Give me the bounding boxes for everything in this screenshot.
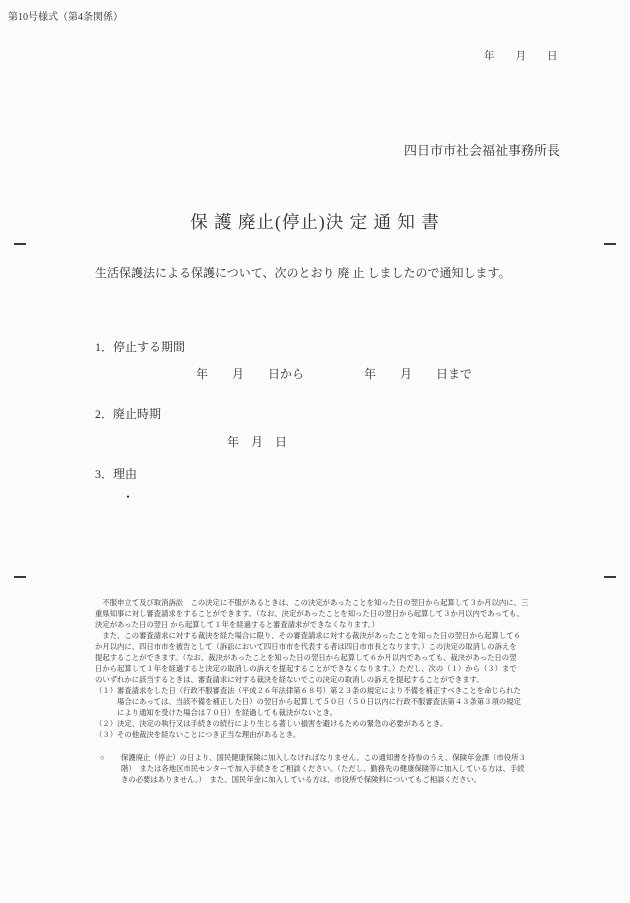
appeal-note-line: か月以内に、四日市市を被告として（訴訟において四日市市を代表する者は四日市市長と… — [95, 641, 561, 652]
document-title: 保 護 廃止(停止)決 定 通 知 書 — [0, 209, 630, 234]
form-number: 第10号様式（第4条関係） — [8, 8, 123, 23]
insurance-note-line: 保護廃止（停止）の日より、国民健康保険に加入しなければなりません。この通知書を持… — [121, 752, 560, 763]
appeal-note-line: （２）決定、決定の執行又は手続きの続行により生じる著しい損害を避けるための緊急の… — [95, 718, 561, 729]
appeal-note-line: 決定があった日の翌日 から起算して１年を経過すると審査請求ができなくなります。） — [95, 619, 561, 630]
appeal-note-line: 重県知事に対し審査請求をすることができます。（なお、決定があったことを知った日の… — [95, 608, 561, 619]
circle-bullet-icon: ○ — [100, 752, 104, 763]
insurance-note-lines: 保護廃止（停止）の日より、国民健康保険に加入しなければなりません。この通知書を持… — [121, 752, 560, 785]
crop-mark-left-lower — [14, 576, 26, 578]
insurance-note-line: きの必要はありません。） また、国民年金に加入している方は、市役所で保険料につい… — [121, 774, 560, 785]
section-1-period-line: 年 月 日から 年 月 日まで — [196, 365, 472, 382]
section-3-reason-bullet: ・ — [122, 488, 134, 505]
section-2-date-line: 年 月 日 — [227, 433, 287, 450]
issue-date-line: 年 月 日 — [484, 48, 558, 63]
crop-mark-left-upper — [14, 243, 26, 245]
crop-mark-right-lower — [604, 576, 616, 578]
insurance-note-line: 階） または各地区市民センターで加入手続きをご相談ください。（ただし、勤務先の健… — [121, 763, 560, 774]
addressee: 四日市市社会福祉事務所長 — [404, 140, 560, 159]
section-1-heading: 1．停止する期間 — [95, 338, 185, 355]
appeal-note-line: のいずれかに該当するときは、審査請求に対する裁決を経ないでこの決定の取消しの訴え… — [95, 674, 561, 685]
appeal-note-line: により通知を受けた場合は７０日）を経過しても裁決がないとき。 — [95, 707, 561, 718]
appeal-note-line: また、この審査請求に対する裁決を経た場合に限り、その審査請求に対する裁決があった… — [95, 630, 561, 641]
section-3-heading: 3．理由 — [95, 465, 137, 482]
appeal-note-line: 提起することができます。（なお、裁決があったことを知った日の翌日から起算して６か… — [95, 652, 561, 663]
appeal-note-line: （１）審査請求をした日（行政不服審査法（平成２６年法律第６８号）第２３条の規定に… — [95, 685, 561, 696]
appeal-notes-block: 不服申立て及び取消訴訟 この決定に不服があるときは、この決定があったことを知った… — [95, 597, 561, 740]
crop-mark-right-upper — [604, 243, 616, 245]
notice-document: 第10号様式（第4条関係） 年 月 日 四日市市社会福祉事務所長 保 護 廃止(… — [0, 0, 630, 903]
insurance-note-block: ○ 保護廃止（停止）の日より、国民健康保険に加入しなければなりません。この通知書… — [100, 752, 560, 785]
section-2-heading: 2．廃止時期 — [95, 405, 161, 422]
appeal-note-line: 場合にあっては、当該不備を補正した日）の翌日から起算して５０日（５０日以内に行政… — [95, 696, 561, 707]
intro-text: 生活保護法による保護について、次のとおり 廃 止 しましたので通知します。 — [95, 264, 511, 281]
appeal-note-line: 日から起算して１年を経過すると決定の取消しの訴えを提起することができなくなります… — [95, 663, 561, 674]
appeal-note-line: 不服申立て及び取消訴訟 この決定に不服があるときは、この決定があったことを知った… — [95, 597, 561, 608]
appeal-note-line: （３）その他裁決を経ないことにつき正当な理由があるとき。 — [95, 729, 561, 740]
